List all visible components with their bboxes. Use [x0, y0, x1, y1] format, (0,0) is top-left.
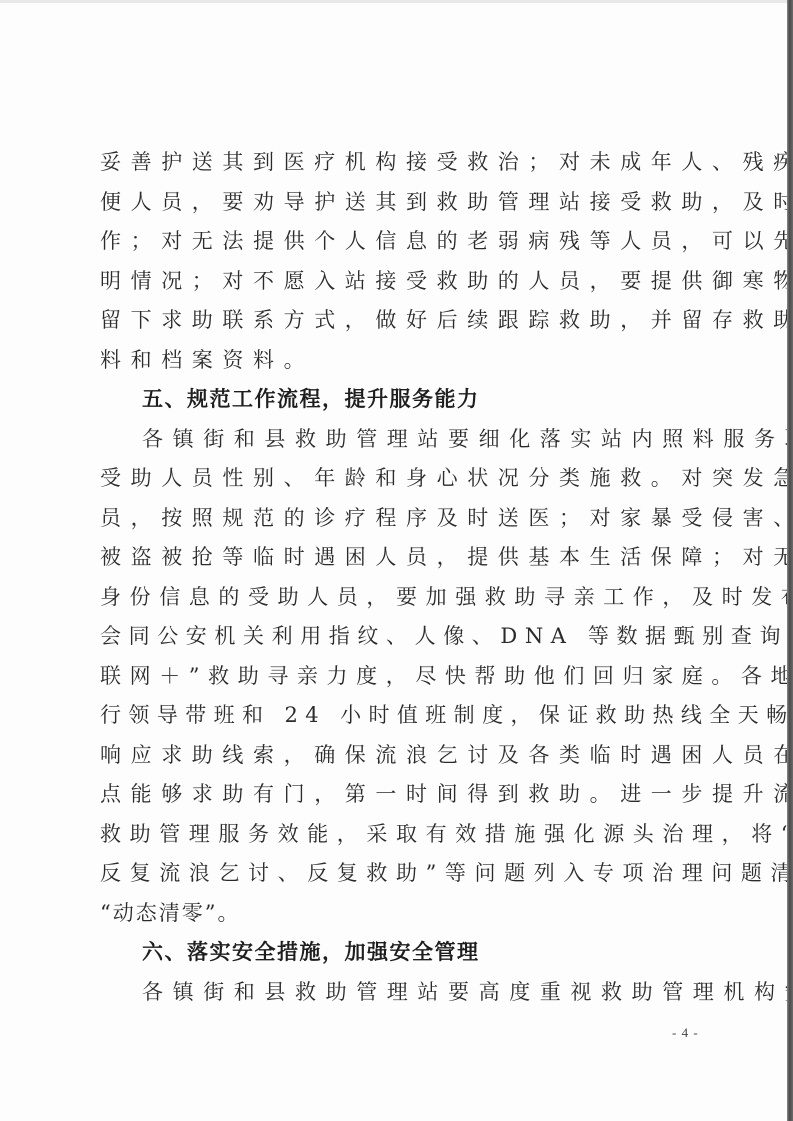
paragraph-line: 各镇街和县救助管理站要高度重视救助管理机构安全管理: [100, 973, 700, 1013]
paragraph-line: 受助人员性别、年龄和身心状况分类施救。对突发急病的受助人: [100, 459, 700, 499]
section-heading-6: 六、落实安全措施，加强安全管理: [100, 933, 700, 973]
paragraph-line: 料和档案资料。: [100, 341, 700, 381]
paragraph-line: 反复流浪乞讨、反复救助”等问题列入专项治理问题清单，实施: [100, 854, 700, 894]
paragraph-line: 联网＋”救助寻亲力度，尽快帮助他们回归家庭。各地要严格执: [100, 657, 700, 697]
paragraph-line: 被盗被抢等临时遇困人员，提供基本生活保障；对无法提供个人: [100, 538, 700, 578]
paragraph-line: 作；对无法提供个人信息的老弱病残等人员，可以先行救助再查: [100, 222, 700, 262]
paragraph-line: 救助管理服务效能，采取有效措施强化源头治理，将“职业乞讨、: [100, 815, 700, 855]
paragraph-line: 留下求助联系方式，做好后续跟踪救助，并留存救助视频影像资: [100, 301, 700, 341]
document-body: 妥善护送其到医疗机构接受救治；对未成年人、残疾人、行动不 便人员，要劝导护送其到…: [100, 143, 700, 1012]
page-number: - 4 -: [672, 1025, 699, 1041]
document-page: 妥善护送其到医疗机构接受救治；对未成年人、残疾人、行动不 便人员，要劝导护送其到…: [0, 0, 787, 1121]
section-heading-5: 五、规范工作流程，提升服务能力: [100, 380, 700, 420]
paragraph-line: 行领导带班和 24 小时值班制度，保证救助热线全天畅通，及时: [100, 696, 700, 736]
paragraph-line: 响应求助线索，确保流浪乞讨及各类临时遇困人员在城乡任何地: [100, 736, 700, 776]
paragraph-line: 会同公安机关利用指纹、人像、DNA 等数据甄别查询，加大“互: [100, 617, 700, 657]
scan-right-edge: [787, 0, 793, 1121]
paragraph-line: 妥善护送其到医疗机构接受救治；对未成年人、残疾人、行动不: [100, 143, 700, 183]
paragraph-line: 身份信息的受助人员，要加强救助寻亲工作，及时发布寻亲公告，: [100, 578, 700, 618]
scan-top-edge: [0, 0, 787, 3]
paragraph-line: 便人员，要劝导护送其到救助管理站接受救助，及时开展送返工: [100, 183, 700, 223]
paragraph-line: “动态清零”。: [100, 894, 700, 934]
paragraph-line: 明情况；对不愿入站接受救助的人员，要提供御寒物资、告知并: [100, 262, 700, 302]
paragraph-line: 各镇街和县救助管理站要细化落实站内照料服务职责，根据: [100, 420, 700, 460]
paragraph-line: 点能够求助有门，第一时间得到救助。进一步提升流浪乞讨人员: [100, 775, 700, 815]
paragraph-line: 员，按照规范的诊疗程序及时送医；对家暴受侵害、务工不着、: [100, 499, 700, 539]
